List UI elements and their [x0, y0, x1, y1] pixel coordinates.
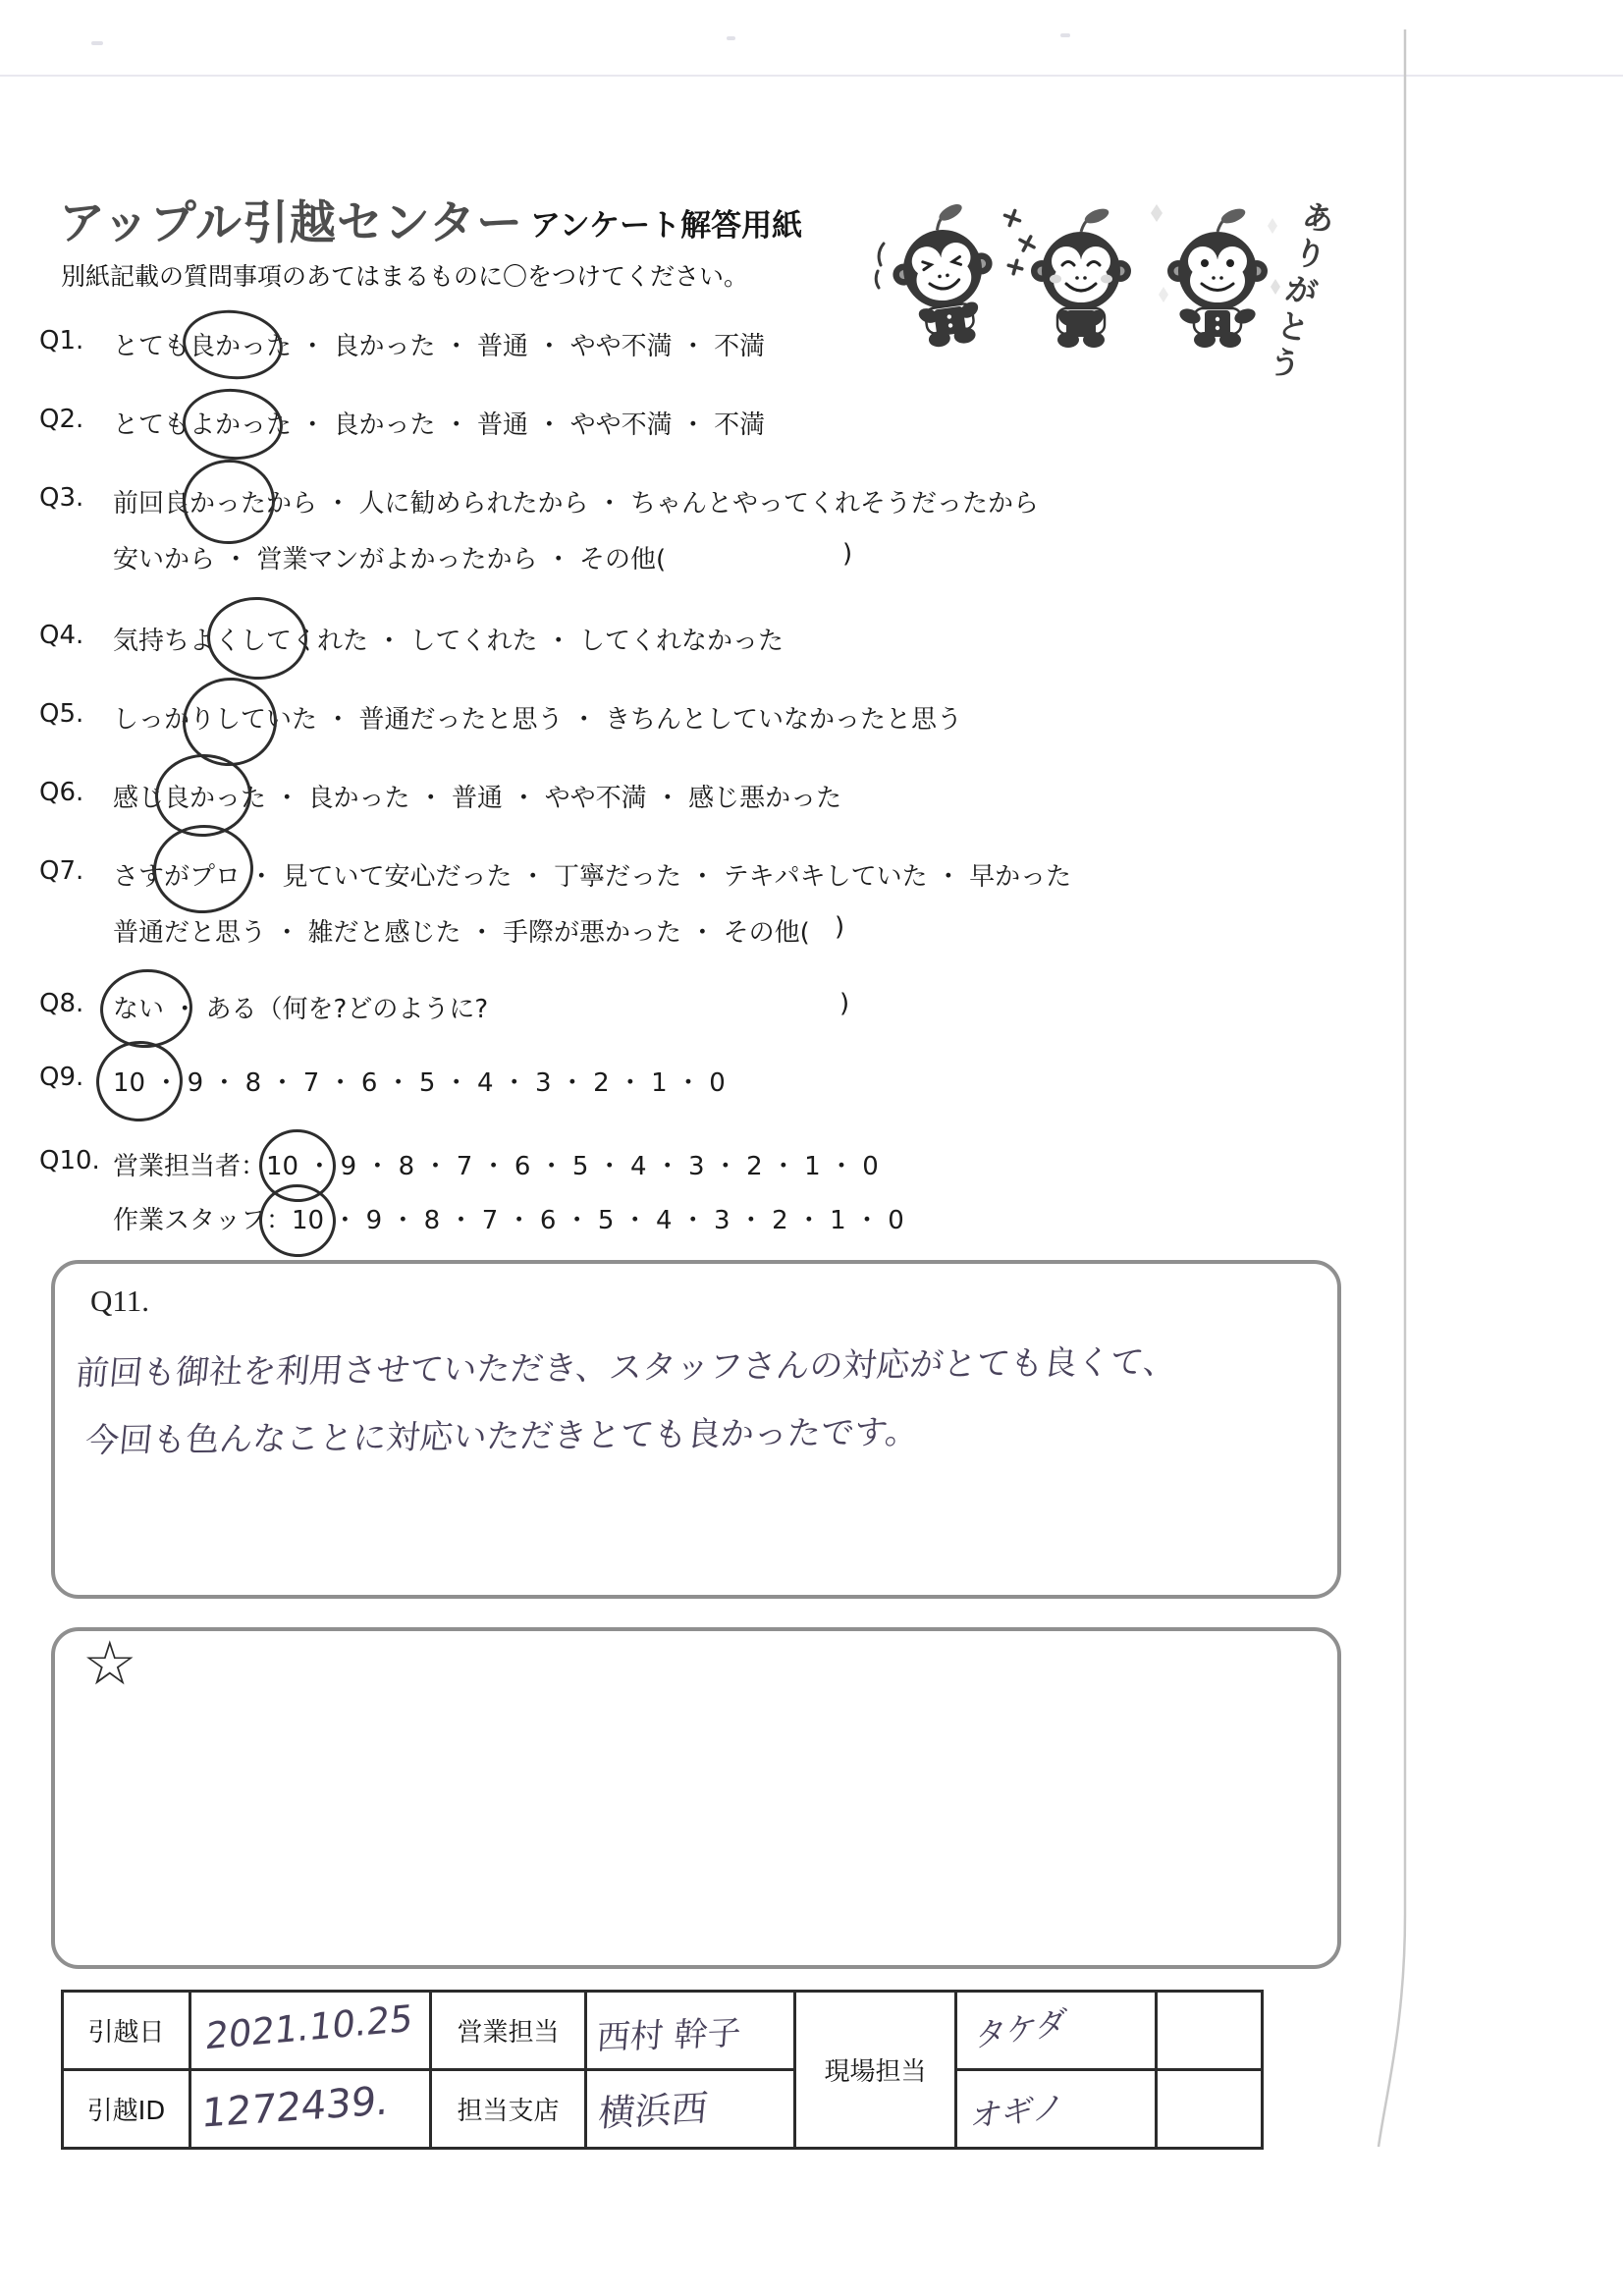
branch-cell: 横浜西 — [586, 2070, 795, 2149]
move-date-cell: 2021.10.25 — [190, 1992, 431, 2070]
q10-staff-row: 作業スタッフ：10 ・ 9 ・ 8 ・ 7 ・ 6 ・ 5 ・ 4 ・ 3 ・ … — [113, 1200, 904, 1236]
q7-close-paren: ) — [835, 912, 844, 942]
move-date-handwriting: 2021.10.25 — [204, 1997, 415, 2058]
q9-label: Q9. — [39, 1063, 83, 1092]
form-title: アンケート解答用紙 — [530, 200, 802, 245]
table-row: 引越ID 1272439. 担当支店 横浜西 オギノ — [63, 2070, 1263, 2149]
scan-edge-line — [0, 75, 1623, 77]
survey-sheet: アップル引越センター アンケート解答用紙 別紙記載の質問事項のあてはまるものに〇… — [0, 0, 1623, 2296]
answer-circle-q7 — [150, 822, 256, 917]
site-rep-handwriting-1: タケダ — [974, 1996, 1068, 2057]
monkey-mascot-2 — [1031, 206, 1131, 348]
q11-comment-line1: 前回も御社を利用させていただき、スタッフさんの対応がとても良くて、 — [74, 1335, 1179, 1394]
answer-circle-q10-staff — [256, 1181, 339, 1261]
q7-options-line1: さすがプロ ・ 見ていて安心だった ・ 丁寧だった ・ テキパキしていた ・ 早… — [113, 856, 1071, 893]
move-id-handwriting: 1272439. — [200, 2078, 391, 2137]
motion-lines-icon — [876, 244, 884, 288]
site-rep-cell-1: タケダ — [956, 1992, 1157, 2070]
star-comment-box: ☆ — [51, 1627, 1341, 1969]
q9-scale: 10 ・ 9 ・ 8 ・ 7 ・ 6 ・ 5 ・ 4 ・ 3 ・ 2 ・ 1 ・… — [113, 1063, 726, 1099]
q8-label: Q8. — [39, 989, 83, 1018]
q3-label: Q3. — [39, 483, 83, 513]
footer-info-table: 引越日 2021.10.25 営業担当 西村 幹子 現場担当 タケダ 引越ID … — [61, 1990, 1264, 2150]
star-icon: ☆ — [82, 1633, 137, 1694]
q4-label: Q4. — [39, 621, 83, 650]
answer-circle-q4 — [205, 594, 309, 682]
monkey-mascot-1 — [884, 197, 1002, 352]
q7-options-line2: 普通だと思う ・ 雑だと感じた ・ 手際が悪かった ・ その他( — [113, 912, 810, 949]
monkey-mascot-3 — [1167, 206, 1268, 348]
mascot-illustration — [872, 192, 1284, 364]
move-id-cell: 1272439. — [190, 2070, 431, 2149]
answer-circle-q9 — [92, 1037, 187, 1126]
move-id-label: 引越ID — [63, 2070, 190, 2149]
branch-handwriting: 横浜西 — [597, 2078, 711, 2137]
scan-speck — [91, 41, 103, 45]
q5-label: Q5. — [39, 699, 83, 729]
q3-close-paren: ) — [842, 539, 852, 569]
q10-sales-row: 営業担当者：10 ・ 9 ・ 8 ・ 7 ・ 6 ・ 5 ・ 4 ・ 3 ・ 2… — [113, 1146, 879, 1182]
move-date-label: 引越日 — [63, 1992, 190, 2070]
answer-circle-q3 — [179, 456, 278, 548]
sales-rep-cell: 西村 幹子 — [586, 1992, 795, 2070]
brand-title: アップル引越センター — [59, 187, 523, 252]
q10-label: Q10. — [39, 1146, 100, 1175]
table-row: 引越日 2021.10.25 営業担当 西村 幹子 現場担当 タケダ — [63, 1992, 1263, 2070]
scan-speck — [1060, 33, 1070, 37]
q3-options-line2: 安いから ・ 営業マンがよかったから ・ その他( — [113, 539, 666, 575]
answer-circle-q2 — [181, 386, 286, 464]
site-rep-label: 現場担当 — [795, 1992, 956, 2149]
q8-close-paren: ) — [839, 989, 849, 1018]
q7-label: Q7. — [39, 856, 83, 886]
q2-label: Q2. — [39, 405, 83, 434]
instruction-text: 別紙記載の質問事項のあてはまるものに〇をつけてください。 — [61, 257, 748, 293]
site-rep-handwriting-2: オギノ — [968, 2082, 1067, 2138]
empty-cell-1 — [1157, 1992, 1263, 2070]
answer-circle-q8 — [97, 965, 196, 1052]
q6-label: Q6. — [39, 778, 83, 807]
site-rep-cell-2: オギノ — [956, 2070, 1157, 2149]
q11-comment-line2: 今回も色んなことに対応いただきとても良かったです。 — [83, 1405, 921, 1462]
q11-comment-box: Q11. 前回も御社を利用させていただき、スタッフさんの対応がとても良くて、 今… — [51, 1260, 1341, 1599]
plus-sparkle-icon — [1002, 208, 1038, 276]
empty-cell-2 — [1157, 2070, 1263, 2149]
scan-speck — [727, 36, 735, 40]
answer-circle-q1 — [180, 305, 287, 384]
branch-label: 担当支店 — [431, 2070, 586, 2149]
q1-label: Q1. — [39, 326, 83, 355]
sales-rep-label: 営業担当 — [431, 1992, 586, 2070]
sales-rep-handwriting: 西村 幹子 — [595, 2005, 742, 2058]
q11-label: Q11. — [90, 1284, 149, 1319]
